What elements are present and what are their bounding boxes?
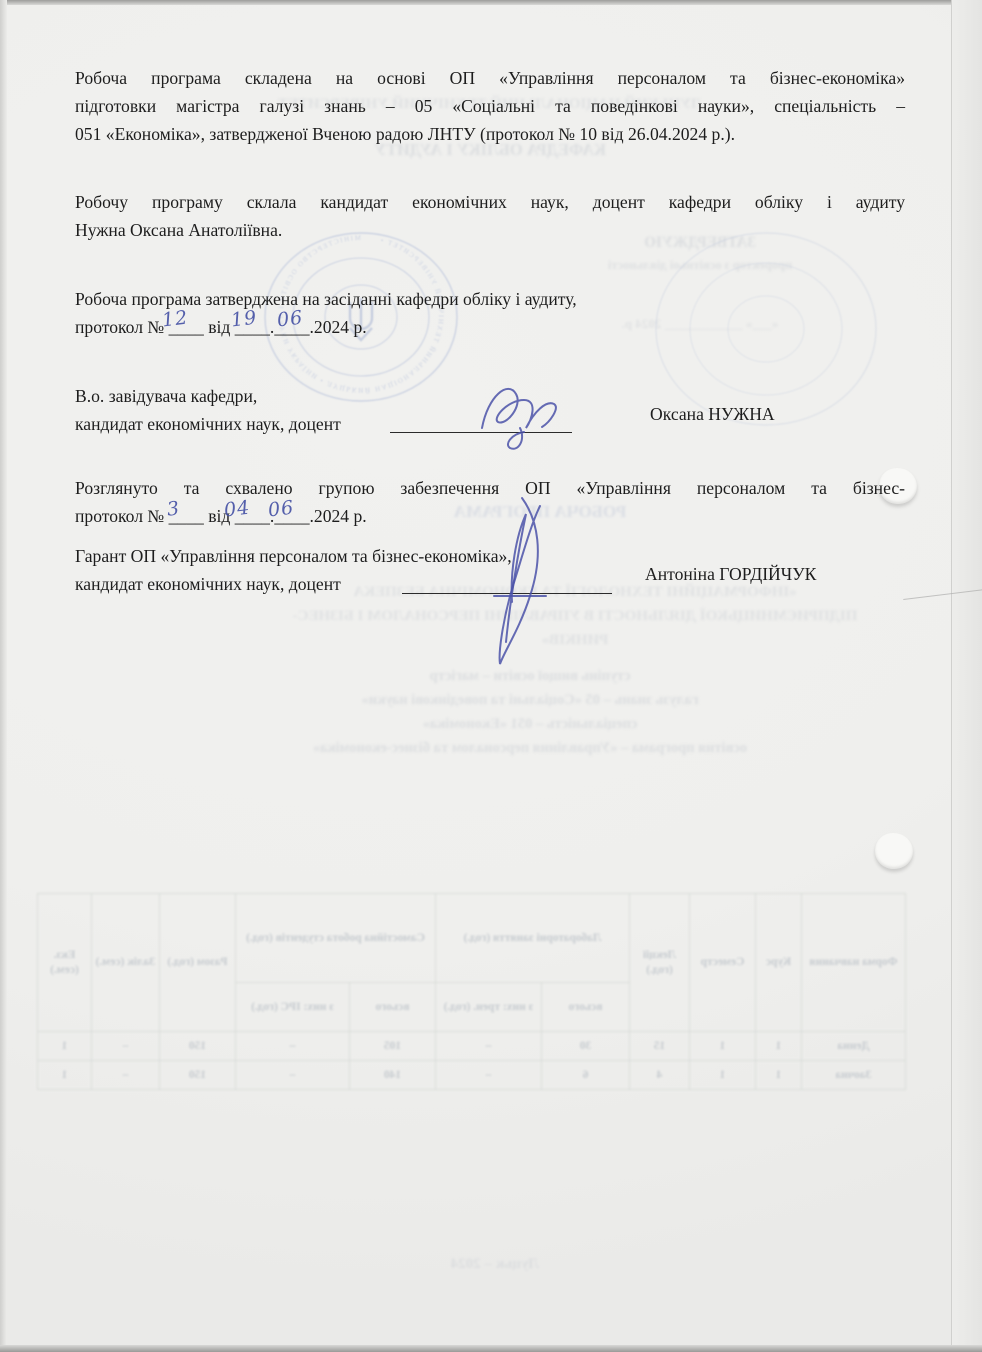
paragraph-basis: Робоча програма складена на основі ОП «У… [75, 64, 905, 148]
paragraph-basis-line3: 051 «Економіка», затвердженої Вченою рад… [75, 120, 905, 148]
cell: 6 [542, 1061, 630, 1090]
acting-head-name: Оксана НУЖНА [650, 404, 775, 425]
cell: 105 [350, 1032, 436, 1061]
paragraph-author-line2: Нужна Оксана Анатоліївна. [75, 216, 905, 244]
hole-punch-mark [875, 833, 913, 869]
scan-edge-left [0, 0, 7, 1352]
ghost-col-semester: Семестр [690, 894, 756, 1032]
ghost-table-row-denna: Денна 1 1 15 30 – 105 – 150 – 1 [37, 1032, 905, 1061]
ghost-col-srs-group: Самостійна робота студентів (год.) [235, 894, 435, 983]
ghost-col-course: Курс [756, 894, 802, 1032]
department-approval-line1: Робоча програма затверджена на засіданні… [75, 285, 905, 313]
cell: 150 [159, 1032, 235, 1061]
cell: 1 [756, 1032, 802, 1061]
cell: – [436, 1061, 542, 1090]
paragraph-author: Робочу програму склала кандидат економіч… [75, 188, 905, 244]
ghost-footer-city-year: Луцьк – 2024 [80, 1256, 910, 1273]
cell: 1 [37, 1032, 91, 1061]
cell: 15 [630, 1032, 690, 1061]
scan-edge-bottom [0, 1345, 982, 1352]
ghost-speciality-line: спеціальність – 051 «Економіка» [115, 716, 945, 733]
cell: 30 [542, 1032, 630, 1061]
department-approval-line2: протокол № ____ від ____.____.2024 р. [75, 313, 905, 341]
guarantor-name: Антоніна ГОРДІЙЧУК [645, 564, 816, 585]
cell: 1 [756, 1061, 802, 1090]
signature-nuzhna [468, 370, 588, 455]
ghost-col-lectures: Лекції (год.) [630, 894, 690, 1032]
paragraph-basis-line2: підготовки магістра галузі знань – 05 «С… [75, 92, 905, 120]
paragraph-basis-line1: Робоча програма складена на основі ОП «У… [75, 64, 905, 92]
scanned-document-page: ЛУЦЬКИЙ НАЦІОНАЛЬНИЙ ТЕХНІЧНИЙ УНІВЕРСИТ… [0, 0, 982, 1352]
cell: 1 [690, 1032, 756, 1061]
cell: – [235, 1032, 349, 1061]
cell: – [235, 1061, 349, 1090]
handwritten-protocol1-month: 06 [276, 306, 305, 331]
ghost-table-row-zaochna: Заочна 1 1 4 6 – 140 – 150 – 1 [37, 1061, 905, 1090]
cell: – [91, 1032, 159, 1061]
ghost-col-lab-group: Лабораторні заняття (год.) [436, 894, 630, 983]
paragraph-author-line1: Робочу програму склала кандидат економіч… [75, 188, 905, 216]
cell: – [91, 1061, 159, 1090]
ghost-col-lab-sub: з них: трен. (год.) [436, 983, 542, 1032]
cell: 140 [350, 1061, 436, 1090]
cell: 1 [37, 1061, 91, 1090]
ghost-col-total: Разом (год.) [159, 894, 235, 1032]
paragraph-department-approval: Робоча програма затверджена на засіданні… [75, 285, 905, 341]
ghost-field-line: галузь знань – 05 «Соціальні та поведінк… [115, 692, 945, 709]
ghost-col-ekz: Екз. (сем.) [37, 894, 91, 1032]
signature-hordiichuk [460, 492, 575, 672]
handwritten-protocol1-number: 12 [161, 306, 190, 331]
paper-fold-edge [951, 0, 982, 1352]
cell: 4 [630, 1061, 690, 1090]
ghost-programme-line: освітня програма – «Управління персонало… [115, 740, 945, 757]
ghost-col-srs-sub: з них: ІРС (год.) [235, 983, 349, 1032]
scan-edge-top [0, 0, 982, 5]
ghost-col-srs-total: всього [350, 983, 436, 1032]
ghost-col-zalik: Залік (сем.) [91, 894, 159, 1032]
cell: 1 [690, 1061, 756, 1090]
cell: 150 [159, 1061, 235, 1090]
cell: Денна [802, 1032, 906, 1061]
ghost-col-form: Форма навчання [802, 894, 906, 1032]
ghost-col-lab-total: всього [542, 983, 630, 1032]
handwritten-protocol1-day: 19 [230, 306, 259, 331]
cell: – [436, 1032, 542, 1061]
ghost-course-table: Форма навчання Курс Семестр Лекції (год.… [38, 893, 906, 1090]
cell: Заочна [802, 1061, 906, 1090]
